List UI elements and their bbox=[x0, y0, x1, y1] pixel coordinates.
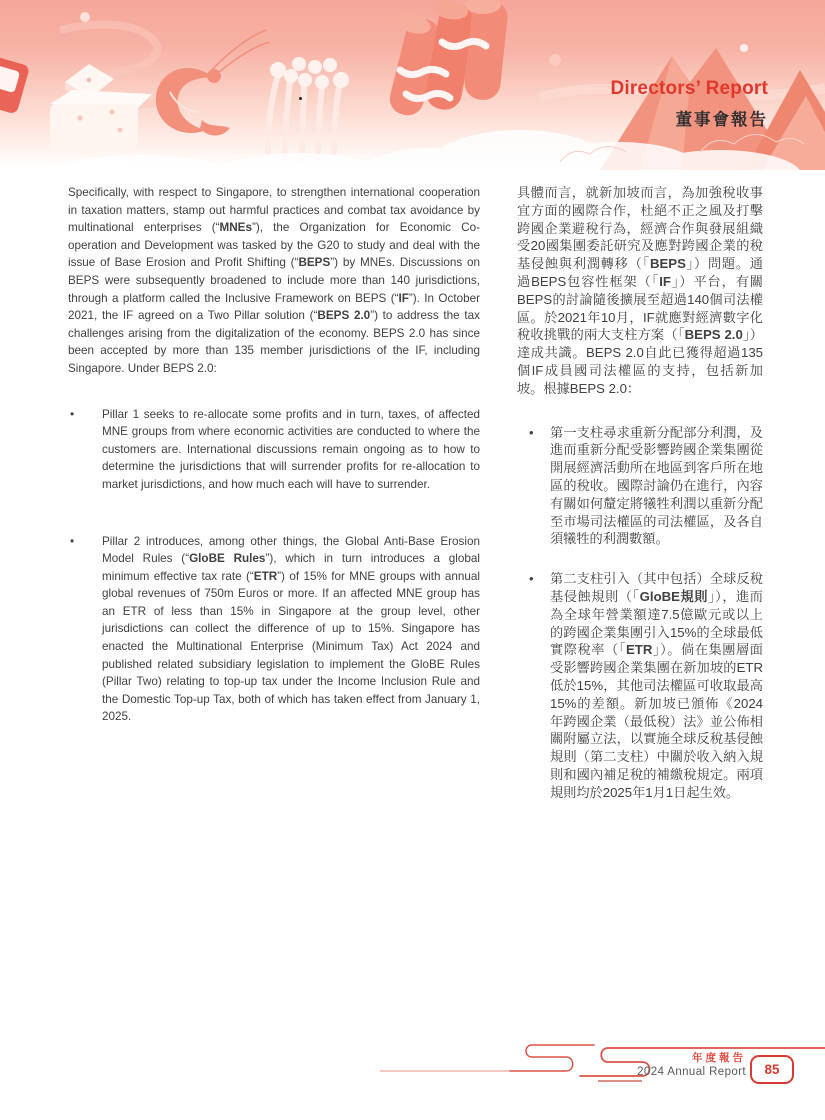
bullet-icon: • bbox=[68, 406, 102, 494]
beef-roll-icon bbox=[386, 0, 509, 119]
paragraph-beps-intro-zh: 具體而言，就新加坡而言，為加強稅收事宜方面的國際合作，杜絕不正之風及打擊跨國企業… bbox=[517, 184, 763, 398]
list-item-text: Pillar 1 seeks to re-allocate some profi… bbox=[102, 406, 480, 494]
list-item-pillar1-zh: • 第一支柱尋求重新分配部分利潤，及進而重新分配受影響跨國企業集團從開展經濟活動… bbox=[517, 424, 763, 549]
list-item-pillar2-zh: • 第二支柱引入（其中包括）全球反稅基侵蝕規則（「GloBE規則」），進而為全球… bbox=[517, 570, 763, 801]
bullet-icon: • bbox=[517, 424, 550, 549]
bullet-icon: • bbox=[517, 570, 550, 801]
page-number: 85 bbox=[764, 1062, 779, 1077]
list-item-text: 第一支柱尋求重新分配部分利潤，及進而重新分配受影響跨國企業集團從開展經濟活動所在… bbox=[550, 424, 763, 549]
english-column: Specifically, with respect to Singapore,… bbox=[68, 184, 480, 726]
bullet-icon: • bbox=[68, 533, 102, 727]
page-number-badge: 85 bbox=[750, 1055, 794, 1084]
list-item-pillar1-en: • Pillar 1 seeks to re-allocate some pro… bbox=[68, 406, 480, 494]
tofu-icon bbox=[50, 64, 152, 150]
chinese-column: 具體而言，就新加坡而言，為加強稅收事宜方面的國際合作，杜絕不正之風及打擊跨國企業… bbox=[517, 184, 763, 802]
page-title-english: Directors’ Report bbox=[610, 78, 768, 100]
stray-dot bbox=[299, 97, 302, 100]
header-banner: Directors’ Report 董事會報告 bbox=[0, 0, 825, 170]
list-item-text: Pillar 2 introduces, among other things,… bbox=[102, 533, 480, 727]
annual-report-label-english: 2024 Annual Report bbox=[637, 1067, 746, 1079]
paragraph-beps-intro-en: Specifically, with respect to Singapore,… bbox=[68, 184, 480, 378]
page-title: Directors’ Report 董事會報告 bbox=[610, 78, 768, 130]
list-item-pillar2-en: • Pillar 2 introduces, among other thing… bbox=[68, 533, 480, 727]
enoki-mushroom-icon bbox=[268, 75, 340, 160]
annual-report-label-chinese: 年度報告 bbox=[637, 1053, 746, 1064]
page-title-chinese: 董事會報告 bbox=[610, 106, 768, 130]
footer-report-title: 年度報告 2024 Annual Report bbox=[637, 1053, 746, 1078]
report-page: Directors’ Report 董事會報告 Specifically, wi… bbox=[0, 0, 825, 1120]
shrimp-icon bbox=[156, 30, 270, 136]
list-item-text: 第二支柱引入（其中包括）全球反稅基侵蝕規則（「GloBE規則」），進而為全球年營… bbox=[550, 570, 763, 801]
